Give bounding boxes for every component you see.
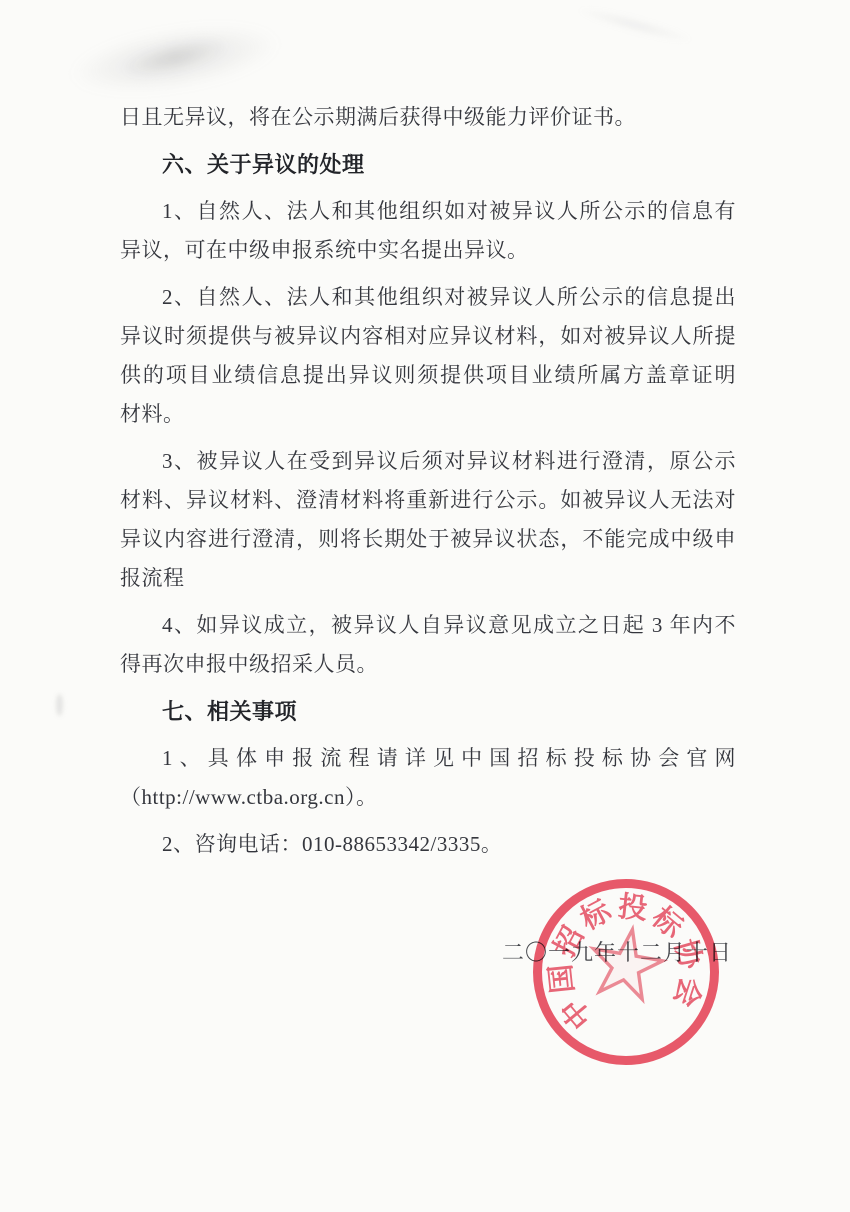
scan-smudge <box>56 694 63 716</box>
text-line: 4、如异议成立，被异议人自异议意见成立之日起 3 年内不 <box>120 606 736 645</box>
text-line: 报流程 <box>120 559 736 598</box>
document-date: 二〇一九年十二月十日 <box>502 938 732 968</box>
text-line: 得再次申报中级招采人员。 <box>120 645 736 684</box>
text-line: 1、具体申报流程请详见中国招标投标协会官网 <box>120 739 736 778</box>
text-line: 2、自然人、法人和其他组织对被异议人所公示的信息提出 <box>120 278 736 317</box>
text-line: 材料、异议材料、澄清材料将重新进行公示。如被异议人无法对 <box>120 481 736 520</box>
text-line: 供的项目业绩信息提出异议则须提供项目业绩所属方盖章证明 <box>120 356 736 395</box>
text-line: 异议内容进行澄清，则将长期处于被异议状态，不能完成中级申 <box>120 520 736 559</box>
text-line: 1、自然人、法人和其他组织如对被异议人所公示的信息有 <box>120 192 736 231</box>
scan-smudge <box>67 14 283 104</box>
scanned-document-page: { "page": { "background": "#fbfbf9", "te… <box>0 0 850 1212</box>
text-line: 异议时须提供与被异议内容相对应异议材料，如对被异议人所提 <box>120 317 736 356</box>
section-heading: 六、关于异议的处理 <box>120 145 736 184</box>
text-line: 日且无异议，将在公示期满后获得中级能力评价证书。 <box>120 98 736 137</box>
official-seal: 中 国 招 标 投 标 协 会 <box>533 879 719 1065</box>
text-line: 异议，可在中级申报系统中实名提出异议。 <box>120 231 736 270</box>
scan-smudge <box>575 3 695 48</box>
document-body: 日且无异议，将在公示期满后获得中级能力评价证书。 六、关于异议的处理 1、自然人… <box>120 98 736 864</box>
seal-char: 投 <box>615 891 650 926</box>
scan-smudge <box>118 29 232 85</box>
website-url-line: （http://www.ctba.org.cn）。 <box>120 778 736 817</box>
phone-line: 2、咨询电话：010-88653342/3335。 <box>120 825 736 864</box>
section-heading: 七、相关事项 <box>120 692 736 731</box>
text-line: 3、被异议人在受到异议后须对异议材料进行澄清，原公示 <box>120 442 736 481</box>
text-line: 材料。 <box>120 395 736 434</box>
